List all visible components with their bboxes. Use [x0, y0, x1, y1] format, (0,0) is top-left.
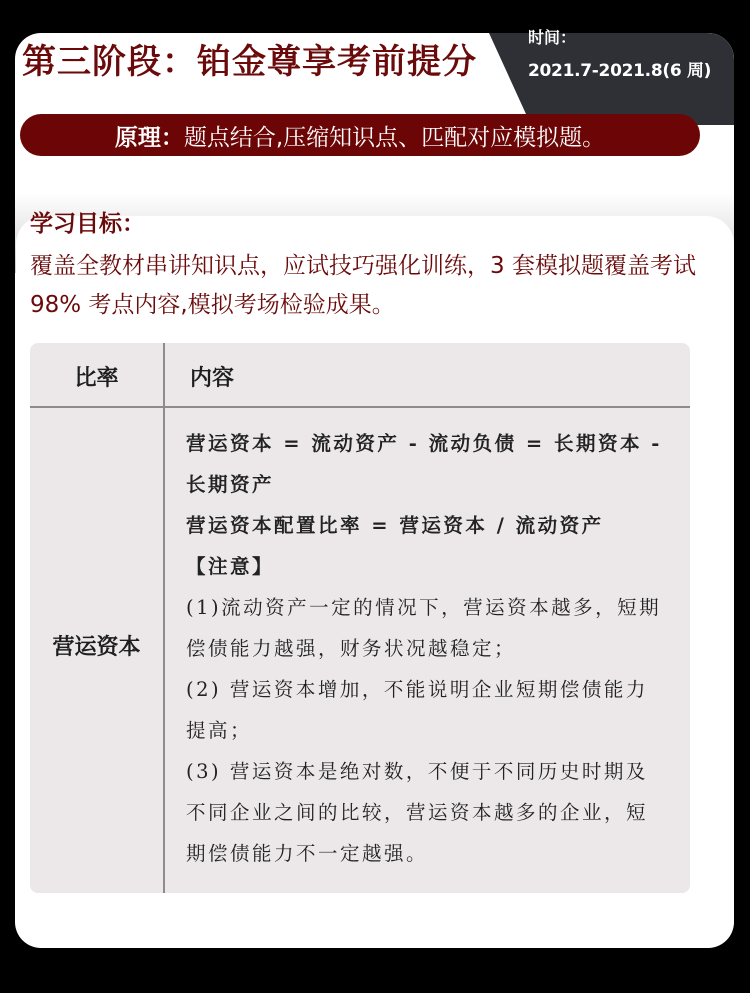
content-line: (3) 营运资本是绝对数，不便于不同历史时期及 [186, 751, 686, 792]
goal-text: 覆盖全教材串讲知识点，应试技巧强化训练，3 套模拟题覆盖考试 98% 考点内容,… [30, 247, 705, 325]
content-line: 营运资本 = 流动资产 - 流动负债 = 长期资本 - [186, 423, 686, 464]
header-divider [30, 406, 690, 408]
content-line: 不同企业之间的比较，营运资本越多的企业，短 [186, 792, 686, 833]
principle-text: 题点结合,压缩知识点、匹配对应模拟题。 [184, 119, 605, 152]
column-divider [163, 343, 165, 893]
time-value: 2021.7-2021.8(6 周) [528, 56, 711, 81]
content-line: (1)流动资产一定的情况下，营运资本越多，短期 [186, 587, 686, 628]
principle-banner: 原理： 题点结合,压缩知识点、匹配对应模拟题。 [20, 114, 700, 156]
header-ratio: 比率 [30, 361, 163, 392]
time-label: 时间： [528, 25, 576, 48]
header-content: 内容 [190, 361, 234, 392]
content-line: 提高； [186, 710, 686, 751]
goal-heading: 学习目标： [30, 205, 145, 238]
content-line: 长期资产 [186, 464, 686, 505]
content-line: (2) 营运资本增加，不能说明企业短期偿债能力 [186, 669, 686, 710]
cell-ratio: 营运资本 [30, 630, 163, 661]
ratio-table: 比率 内容 营运资本 营运资本 = 流动资产 - 流动负债 = 长期资本 - 长… [30, 343, 690, 893]
content-line: 【注意】 [186, 546, 686, 587]
content-line: 偿债能力越强，财务状况越稳定； [186, 628, 686, 669]
page-title: 第三阶段：铂金尊享考前提分 [22, 34, 477, 83]
content-line: 期偿债能力不一定越强。 [186, 833, 686, 874]
principle-label: 原理： [115, 119, 184, 152]
cell-content: 营运资本 = 流动资产 - 流动负债 = 长期资本 - 长期资产 营运资本配置比… [186, 423, 686, 874]
content-line: 营运资本配置比率 = 营运资本 / 流动资产 [186, 505, 686, 546]
